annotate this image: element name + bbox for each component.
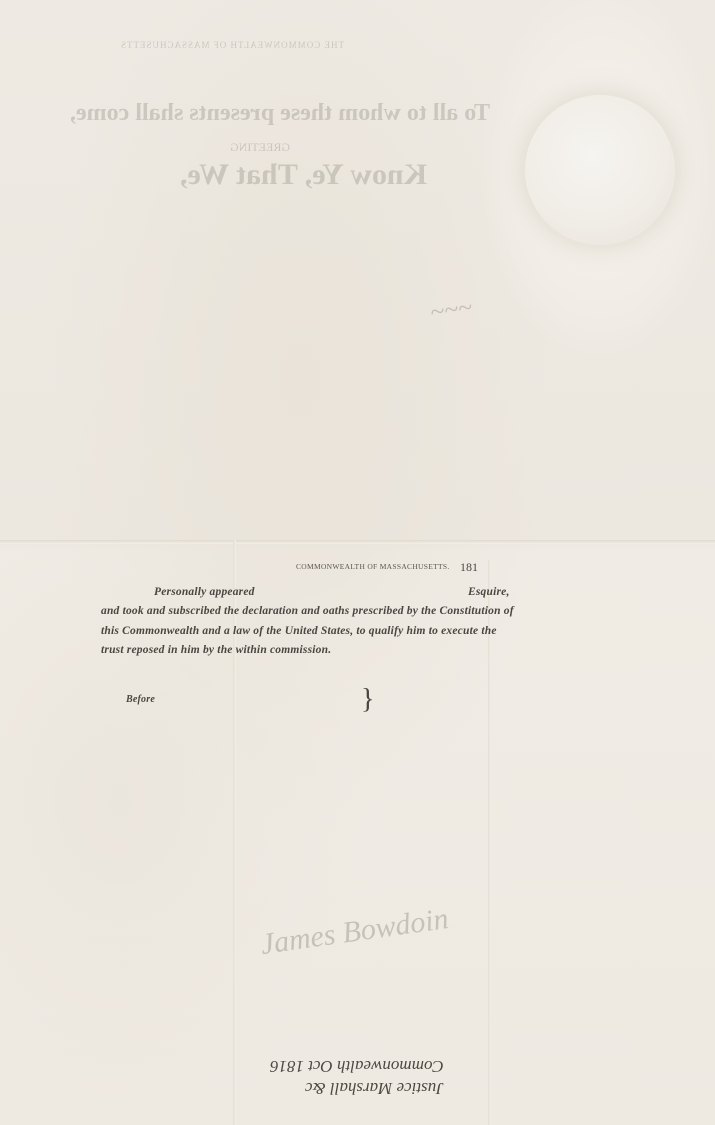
year-prefix: 181 (460, 560, 478, 575)
esquire-label: Esquire, (468, 586, 510, 598)
docket-line-1: Justice Marshall &c (270, 1077, 444, 1099)
docket-line-2: Commonwealth Oct 1816 (270, 1055, 444, 1077)
oath-text-line-2: and took and subscribed the declaration … (101, 605, 514, 617)
horizontal-fold-crease (0, 540, 715, 544)
before-label: Before (126, 694, 155, 705)
embossed-seal (525, 95, 675, 245)
show-through-header: THE COMMONWEALTH OF MASSACHUSETTS (120, 40, 344, 50)
oath-text-line-4: trust reposed in him by the within commi… (101, 644, 331, 656)
oath-text-line-3: this Commonwealth and a law of the Unite… (101, 625, 497, 637)
brace-symbol: } (361, 686, 374, 714)
show-through-salutation: To all to whom these presents shall come… (70, 100, 490, 127)
certificate-heading: COMMONWEALTH OF MASSACHUSETTS. (296, 562, 450, 571)
show-through-know-ye: Know Ye, That We, (180, 158, 427, 192)
personally-appeared-label: Personally appeared (154, 586, 255, 598)
handwritten-docket: Justice Marshall &c Commonwealth Oct 181… (270, 1055, 444, 1099)
show-through-greeting: GREETING (230, 140, 290, 155)
show-through-handwriting: ~~~ (428, 292, 474, 328)
vertical-fold-crease-right (488, 560, 491, 1125)
